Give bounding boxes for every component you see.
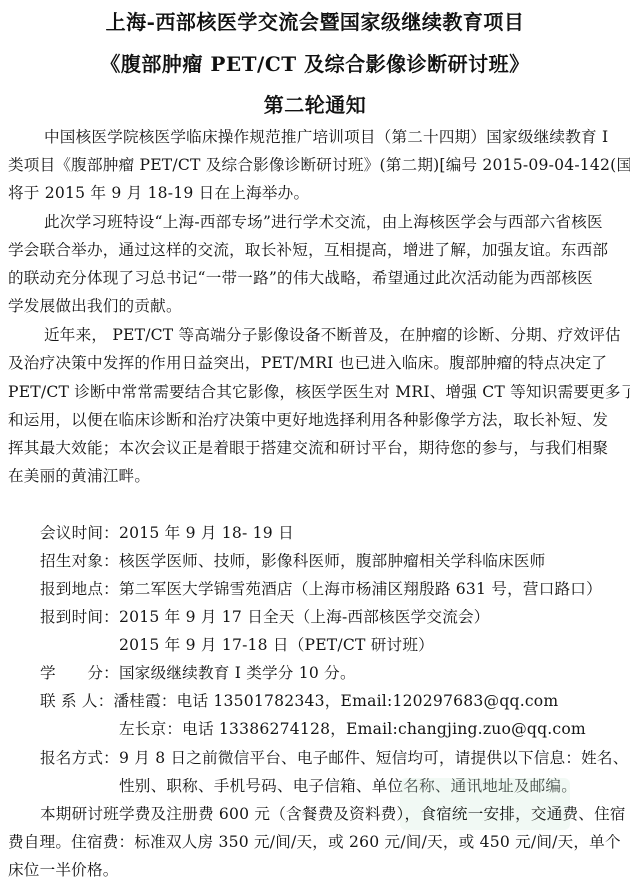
paragraph-2-line: 的联动充分体现了习总书记“一带一路”的伟大战略，希望通过此次活动能为西部核医 — [8, 266, 593, 288]
meeting-time-label: 会议时间： — [40, 521, 119, 543]
contact-2: 左长京：电话 13386274128，Email:changjing.zuo@q… — [119, 717, 586, 739]
checkin-label: 报到时间： — [40, 605, 119, 627]
audience-value: 核医学医师、技师，影像科医师，腹部肿瘤相关学科临床医师 — [119, 552, 545, 570]
credits-label: 学 分： — [40, 661, 119, 683]
title-line-1: 上海-西部核医学交流会暨国家级继续教育项目 — [0, 6, 630, 35]
paragraph-3-line: 近年来， PET/CT 等高端分子影像设备不断普及，在肿瘤的诊断、分期、疗效评估 — [44, 323, 621, 345]
title-line-2: 《腹部肿瘤 PET/CT 及综合影像诊断研讨班》 — [0, 48, 630, 77]
registration-row: 报名方式：9 月 8 日之前微信平台、电子邮件、短信均可，请提供以下信息：姓名、 — [40, 746, 629, 768]
location-value: 第二军医大学锦雪苑酒店（上海市杨浦区翔殷路 631 号，营口路口） — [119, 580, 602, 598]
paragraph-1-line: 类项目《腹部肿瘤 PET/CT 及综合影像诊断研讨班》(第二期)[编号 2015… — [8, 153, 630, 175]
fees-line: 费自理。住宿费：标准双人房 350 元/间/天，或 260 元/间/天，或 45… — [8, 830, 621, 852]
credits-row: 学 分：国家级继续教育 I 类学分 10 分。 — [40, 661, 356, 683]
paragraph-3-line: PET/CT 诊断中常常需要结合其它影像，核医学医生对 MRI、增强 CT 等知… — [8, 380, 630, 402]
contacts-row: 联 系 人：潘桂霞：电话 13501782343，Email:120297683… — [40, 689, 558, 711]
registration-value-1: 9 月 8 日之前微信平台、电子邮件、短信均可，请提供以下信息：姓名、 — [119, 749, 629, 767]
location-label: 报到地点： — [40, 577, 119, 599]
meeting-time-value: 2015 年 9 月 18- 19 日 — [119, 524, 294, 542]
contacts-label: 联 系 人： — [40, 689, 114, 711]
notice-document: 上海-西部核医学交流会暨国家级继续教育项目 《腹部肿瘤 PET/CT 及综合影像… — [0, 0, 630, 885]
location-row: 报到地点：第二军医大学锦雪苑酒店（上海市杨浦区翔殷路 631 号，营口路口） — [40, 577, 602, 599]
paragraph-3-line: 和运用，以便在临床诊断和治疗决策中更好地选择利用各种影像学方法，取长补短、发 — [8, 408, 608, 430]
paragraph-2-line: 学会联合举办，通过这样的交流，取长补短，互相提高，增进了解，加强友谊。东西部 — [8, 238, 608, 260]
audience-row: 招生对象：核医学医师、技师，影像科医师，腹部肿瘤相关学科临床医师 — [40, 549, 545, 571]
checkin-value-1: 2015 年 9 月 17 日全天（上海-西部核医学交流会） — [119, 608, 490, 626]
checkin-value-2: 2015 年 9 月 17-18 日（PET/CT 研讨班） — [119, 633, 434, 655]
audience-label: 招生对象： — [40, 549, 119, 571]
paragraph-3-line: 及治疗决策中发挥的作用日益突出，PET/MRI 也已进入临床。腹部肿瘤的特点决定… — [8, 351, 607, 373]
paragraph-2-line: 学发展做出我们的贡献。 — [8, 294, 182, 316]
fees-line: 本期研讨班学费及注册费 600 元（含餐费及资料费），食宿统一安排，交通费、住宿 — [40, 802, 626, 824]
credits-value: 国家级继续教育 I 类学分 10 分。 — [119, 664, 356, 682]
registration-label: 报名方式： — [40, 746, 119, 768]
meeting-time-row: 会议时间：2015 年 9 月 18- 19 日 — [40, 521, 294, 543]
paragraph-2-line: 此次学习班特设“上海-西部专场”进行学术交流，由上海核医学会与西部六省核医 — [44, 210, 603, 232]
contact-1: 潘桂霞：电话 13501782343，Email:120297683@qq.co… — [114, 692, 559, 710]
paragraph-3-line: 在美丽的黄浦江畔。 — [8, 464, 150, 486]
title-line-3: 第二轮通知 — [0, 89, 630, 118]
paragraph-1-line: 中国核医学院核医学临床操作规范推广培训项目（第二十四期）国家级继续教育 I — [44, 125, 608, 147]
paragraph-1-line: 将于 2015 年 9 月 18-19 日在上海举办。 — [8, 181, 309, 203]
paragraph-3-line: 挥其最大效能；本次会议正是着眼于搭建交流和研讨平台，期待您的参与，与我们相聚 — [8, 436, 608, 458]
checkin-row: 报到时间：2015 年 9 月 17 日全天（上海-西部核医学交流会） — [40, 605, 490, 627]
fees-line: 床位一半价格。 — [8, 858, 119, 880]
